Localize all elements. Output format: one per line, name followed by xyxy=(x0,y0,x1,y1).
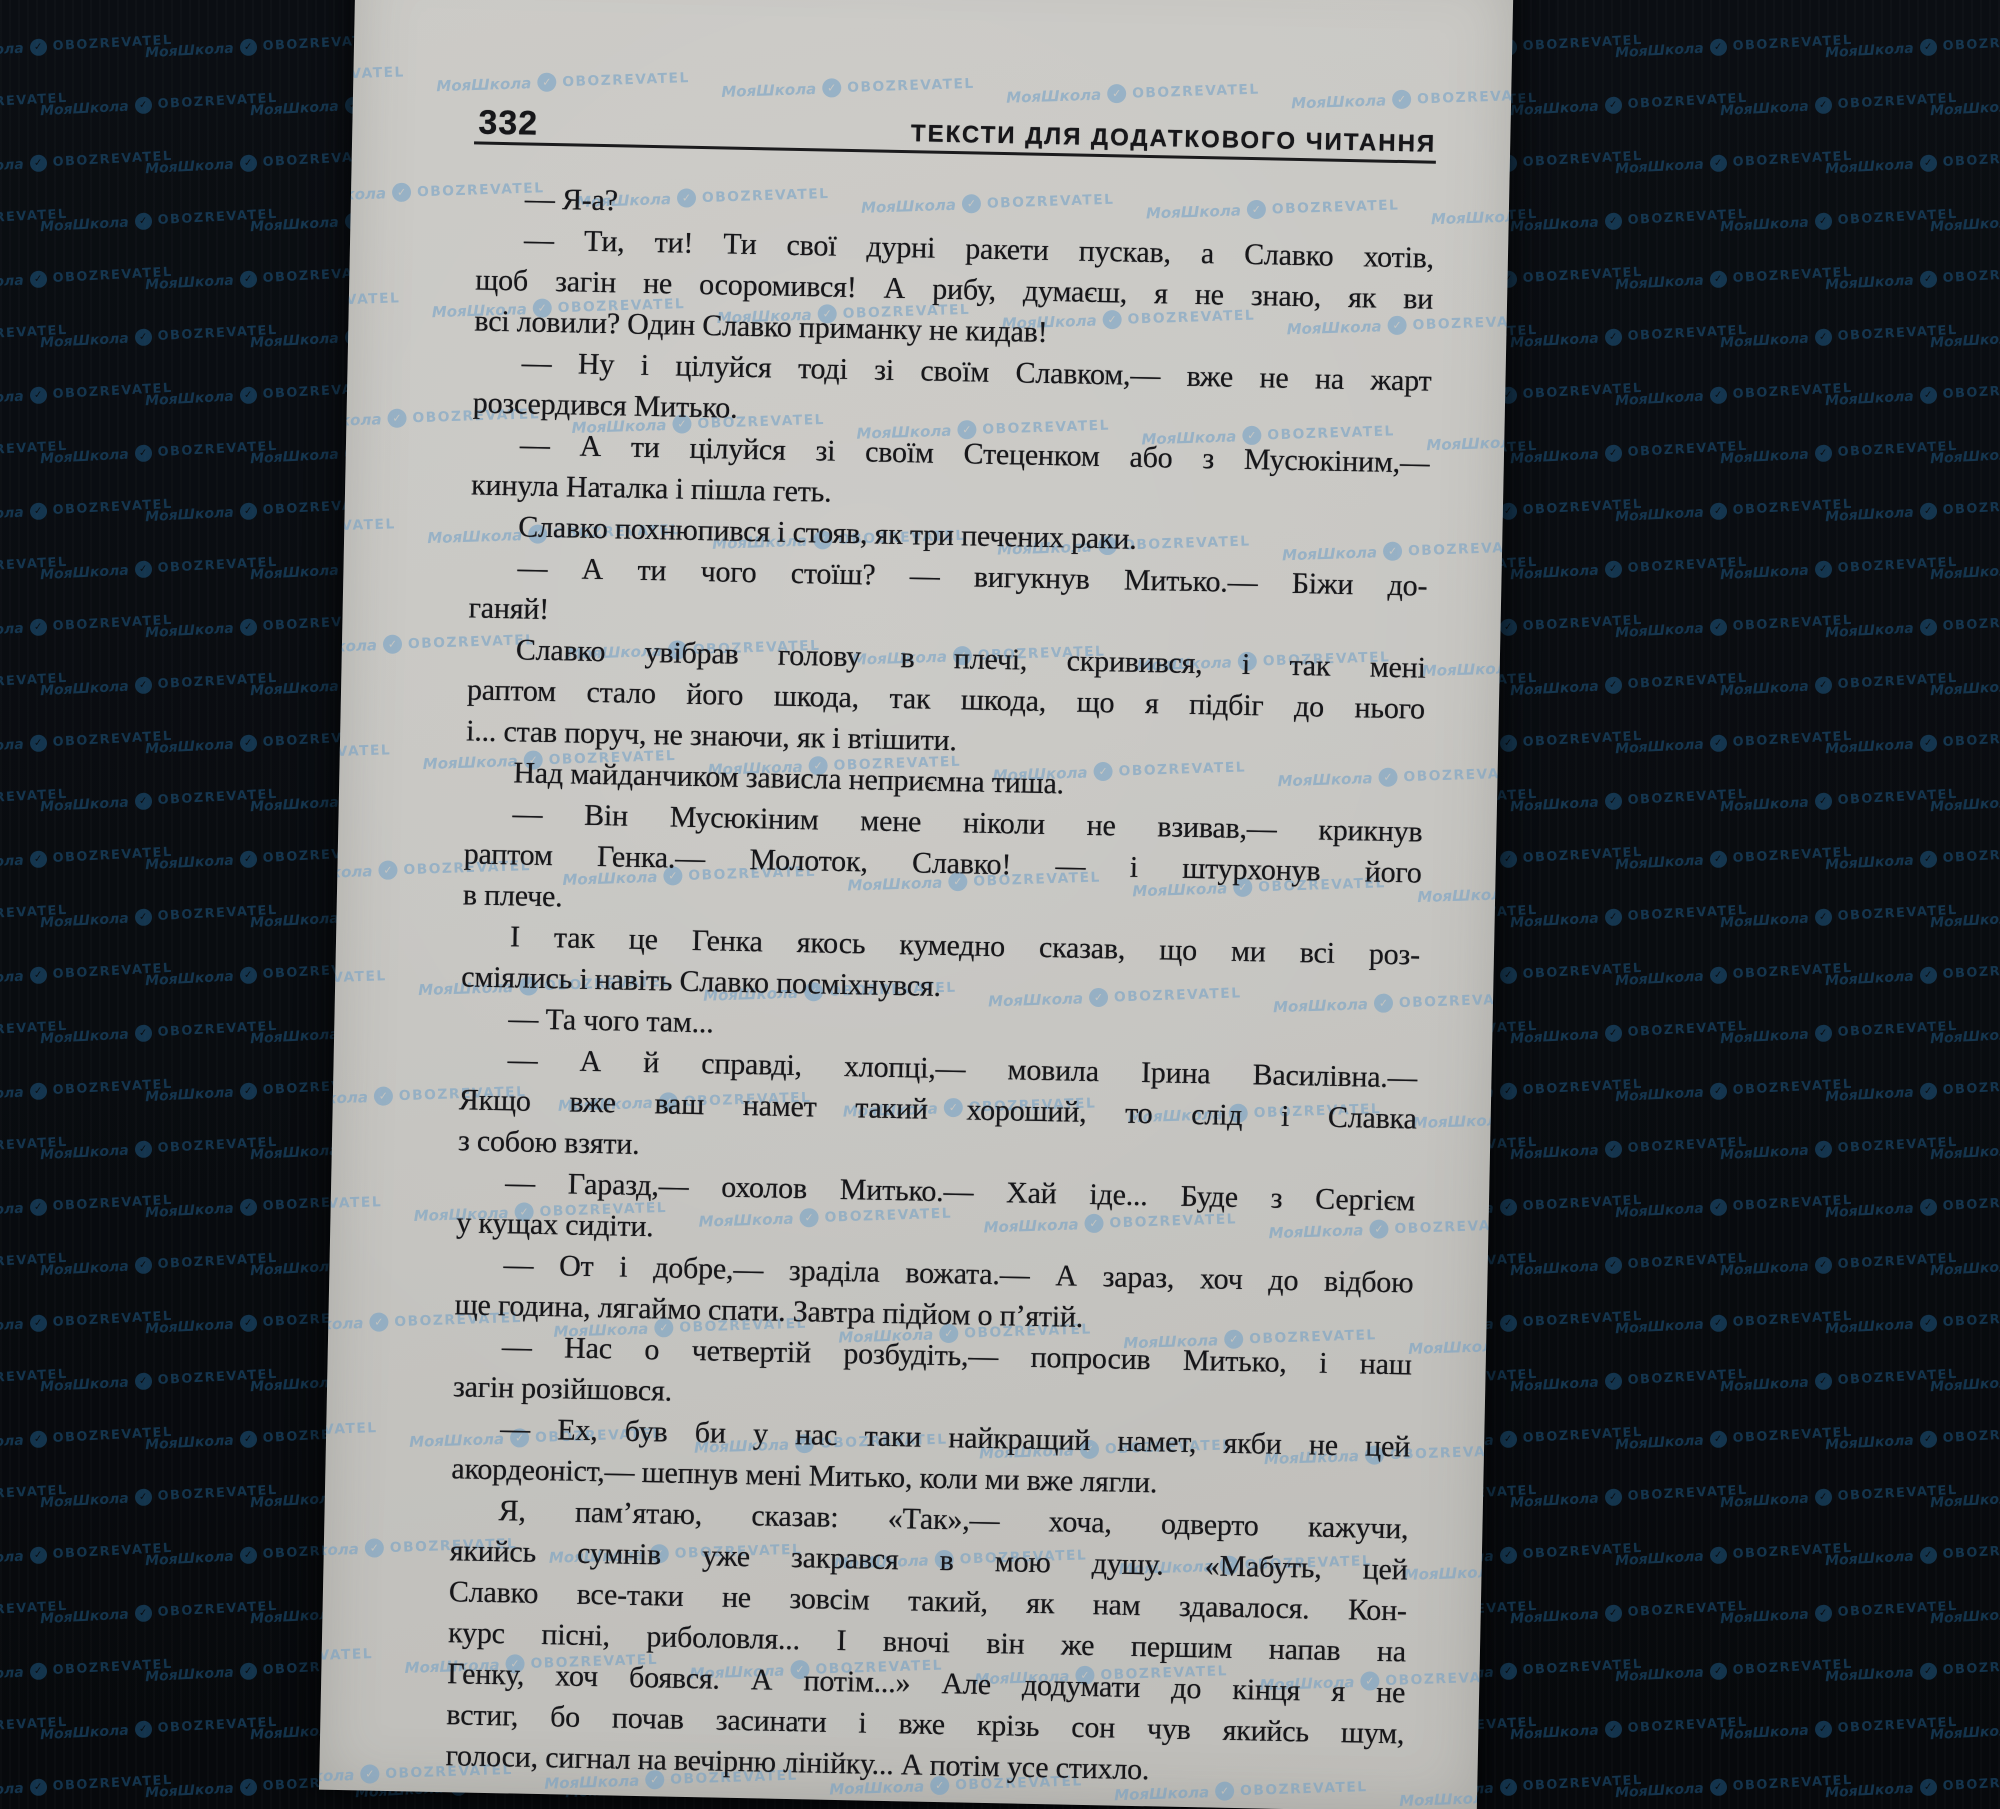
watermark-script-text: МояШкола xyxy=(0,620,24,641)
watermark-brand-text: OBOZREVATEL xyxy=(1627,1367,1748,1388)
obozrevatel-badge-icon: ✓ xyxy=(239,1662,257,1680)
watermark: МояШкола✓OBOZREVATEL xyxy=(1825,148,2000,177)
watermark-brand-text: OBOZREVATEL xyxy=(157,1367,278,1388)
watermark-script-text: МояШкола xyxy=(40,1142,129,1163)
watermark-brand-text: OBOZREVATEL xyxy=(1942,1425,2000,1446)
watermark-script-text: МояШкола xyxy=(1615,736,1704,757)
obozrevatel-badge-icon: ✓ xyxy=(1709,1314,1727,1332)
watermark-brand-text: OBOZREVATEL xyxy=(1837,671,1958,692)
watermark: МояШкола✓OBOZREVATEL xyxy=(40,670,278,699)
obozrevatel-badge-icon: ✓ xyxy=(1499,850,1517,868)
obozrevatel-badge-icon: ✓ xyxy=(134,96,152,114)
watermark-script-text: МояШкола xyxy=(0,272,24,293)
watermark-script-text: МояШкола xyxy=(1825,272,1914,293)
watermark: МояШкола✓OBOZREVATEL xyxy=(1720,1018,1958,1047)
obozrevatel-badge-icon: ✓ xyxy=(29,1662,47,1680)
watermark-brand-text: OBOZREVATEL xyxy=(1837,787,1958,808)
watermark: МояШкола✓OBOZREVATEL xyxy=(1510,90,1748,119)
watermark: МояШкола✓OBOZREVATEL xyxy=(1510,1598,1748,1627)
watermark-brand-text: OBOZREVATEL xyxy=(1732,1425,1853,1446)
watermark: МояШкола✓OBOZREVATEL xyxy=(1510,1366,1748,1395)
watermark: МояШкола✓OBOZREVATEL xyxy=(1825,612,2000,641)
watermark: МояШкола✓OBOZREVATEL xyxy=(40,786,278,815)
obozrevatel-badge-icon: ✓ xyxy=(239,734,257,752)
obozrevatel-badge-icon: ✓ xyxy=(1709,850,1727,868)
watermark-brand-text: OBOZREVATEL xyxy=(1942,1309,2000,1330)
obozrevatel-badge-icon: ✓ xyxy=(1709,1198,1727,1216)
obozrevatel-badge-icon: ✓ xyxy=(29,386,47,404)
watermark: МояШкола✓OBOZREVATEL xyxy=(0,90,68,119)
watermark: МояШкола✓OBOZREVATEL xyxy=(1825,380,2000,409)
watermark-brand-text: OBOZREVATEL xyxy=(1627,1251,1748,1272)
watermark-script-text: МояШкола xyxy=(1930,678,2000,699)
watermark-script-text: МояШкола xyxy=(1510,1026,1599,1047)
watermark: МояШкола✓OBOZREVATEL xyxy=(1930,1250,2000,1279)
watermark-brand-text: OBOZREVATEL xyxy=(1942,33,2000,54)
watermark-brand-text: OBOZREVATEL xyxy=(1942,961,2000,982)
obozrevatel-badge-icon: ✓ xyxy=(1604,1256,1622,1274)
obozrevatel-badge-icon: ✓ xyxy=(1499,1198,1517,1216)
obozrevatel-badge-icon: ✓ xyxy=(1814,1024,1832,1042)
watermark-script-text: МояШкола xyxy=(40,1374,129,1395)
watermark: МояШкола✓OBOZREVATEL xyxy=(40,1366,278,1395)
obozrevatel-badge-icon: ✓ xyxy=(29,850,47,868)
obozrevatel-badge-icon: ✓ xyxy=(29,1314,47,1332)
watermark-script-text: МояШкола xyxy=(145,272,234,293)
watermark-script-text: МояШкола xyxy=(0,1780,24,1801)
watermark: МояШкола✓OBOZREVATEL xyxy=(0,380,173,409)
obozrevatel-badge-icon: ✓ xyxy=(1709,966,1727,984)
watermark-brand-text: OBOZREVATEL xyxy=(1942,845,2000,866)
watermark-brand-text: OBOZREVATEL xyxy=(1627,903,1748,924)
watermark: МояШкола✓OBOZREVATEL xyxy=(1510,1482,1748,1511)
obozrevatel-badge-icon: ✓ xyxy=(1814,1488,1832,1506)
watermark-script-text: МояШкола xyxy=(1615,388,1704,409)
watermark-brand-text: OBOZREVATEL xyxy=(52,1077,173,1098)
watermark-brand-text: OBOZREVATEL xyxy=(157,1715,278,1736)
obozrevatel-badge-icon: ✓ xyxy=(134,444,152,462)
watermark: МояШкола✓OBOZREVATEL xyxy=(1720,438,1958,467)
obozrevatel-badge-icon: ✓ xyxy=(1604,212,1622,230)
watermark-brand-text: OBOZREVATEL xyxy=(1732,845,1853,866)
watermark-brand-text: OBOZREVATEL xyxy=(1522,497,1643,518)
watermark-script-text: МояШкола xyxy=(0,1084,24,1105)
watermark-script-text: МояШкола xyxy=(1930,98,2000,119)
watermark-brand-text: OBOZREVATEL xyxy=(0,1251,68,1272)
watermark-brand-text: OBOZREVATEL xyxy=(0,1135,68,1156)
watermark-brand-text: OBOZREVATEL xyxy=(1522,1309,1643,1330)
watermark: МояШкола✓OBOZREVATEL xyxy=(1615,1308,1853,1337)
obozrevatel-badge-icon: ✓ xyxy=(239,1430,257,1448)
obozrevatel-badge-icon: ✓ xyxy=(1604,792,1622,810)
obozrevatel-badge-icon: ✓ xyxy=(1919,1662,1937,1680)
watermark: МояШкола✓OBOZREVATEL xyxy=(0,902,68,931)
obozrevatel-badge-icon: ✓ xyxy=(1814,1372,1832,1390)
watermark: МояШкола✓OBOZREVATEL xyxy=(1825,1192,2000,1221)
obozrevatel-badge-icon: ✓ xyxy=(1919,154,1937,172)
watermark-brand-text: OBOZREVATEL xyxy=(1732,729,1853,750)
watermark-script-text: МояШкола xyxy=(1615,1316,1704,1337)
watermark-brand-text: OBOZREVATEL xyxy=(0,671,68,692)
obozrevatel-badge-icon: ✓ xyxy=(1919,38,1937,56)
watermark: МояШкола✓OBOZREVATEL xyxy=(1615,32,1853,61)
watermark-brand-text: OBOZREVATEL xyxy=(1942,1541,2000,1562)
watermark: МояШкола✓OBOZREVATEL xyxy=(0,1482,68,1511)
watermark-script-text: МояШкола xyxy=(1720,0,1809,3)
watermark: МояШкола✓OBOZREVATEL xyxy=(1825,1424,2000,1453)
watermark: МояШкола✓OBOZREVATEL xyxy=(0,264,173,293)
watermark-brand-text: OBOZREVATEL xyxy=(1732,149,1853,170)
watermark: МояШкола✓OBOZREVATEL xyxy=(1825,1540,2000,1569)
watermark-brand-text: OBOZREVATEL xyxy=(1732,961,1853,982)
watermark: МояШкола✓OBOZREVATEL xyxy=(1930,322,2000,351)
watermark-brand-text: OBOZREVATEL xyxy=(1732,497,1853,518)
obozrevatel-badge-icon: ✓ xyxy=(29,618,47,636)
obozrevatel-badge-icon: ✓ xyxy=(134,560,152,578)
watermark-brand-text: OBOZREVATEL xyxy=(0,323,68,344)
watermark-brand-text: OBOZREVATEL xyxy=(0,207,68,228)
obozrevatel-badge-icon: ✓ xyxy=(1709,154,1727,172)
watermark: МояШкола✓OBOZREVATEL xyxy=(0,1540,173,1569)
obozrevatel-badge-icon: ✓ xyxy=(29,38,47,56)
watermark-script-text: МояШкола xyxy=(0,504,24,525)
watermark-script-text: МояШкола xyxy=(40,1026,129,1047)
watermark: МояШкола✓OBOZREVATEL xyxy=(1930,1018,2000,1047)
watermark: МояШкола✓OBOZREVATEL xyxy=(1930,0,2000,3)
watermark-brand-text: OBOZREVATEL xyxy=(1732,265,1853,286)
watermark-brand-text: OBOZREVATEL xyxy=(1732,613,1853,634)
watermark-script-text: МояШкола xyxy=(0,1432,24,1453)
watermark: МояШкола✓OBOZREVATEL xyxy=(40,438,278,467)
watermark-brand-text: OBOZREVATEL xyxy=(157,439,278,460)
watermark-script-text: МояШкола xyxy=(1930,330,2000,351)
watermark-brand-text: OBOZREVATEL xyxy=(0,1715,68,1736)
watermark: МояШкола✓OBOZREVATEL xyxy=(0,496,173,525)
watermark-script-text: МояШкола xyxy=(1825,1316,1914,1337)
watermark-brand-text: OBOZREVATEL xyxy=(157,1483,278,1504)
obozrevatel-badge-icon: ✓ xyxy=(1604,560,1622,578)
watermark: МояШкола✓OBOZREVATEL xyxy=(0,1250,68,1279)
watermark-script-text: МояШкола xyxy=(0,388,24,409)
watermark-script-text: МояШкола xyxy=(250,910,339,931)
watermark: МояШкола✓OBOZREVATEL xyxy=(1615,1656,1853,1685)
watermark: МояШкола✓OBOZREVATEL xyxy=(1510,438,1748,467)
obozrevatel-badge-icon: ✓ xyxy=(29,1778,47,1796)
watermark-script-text: МояШкола xyxy=(1720,562,1809,583)
obozrevatel-badge-icon: ✓ xyxy=(239,1198,257,1216)
watermark-brand-text: OBOZREVATEL xyxy=(52,149,173,170)
watermark: МояШкола✓OBOZREVATEL xyxy=(1510,322,1748,351)
watermark: МояШкола✓OBOZREVATEL xyxy=(40,1598,278,1627)
obozrevatel-badge-icon: ✓ xyxy=(1499,1662,1517,1680)
watermark-script-text: МояШкола xyxy=(1510,1722,1599,1743)
watermark: МояШкола✓OBOZREVATEL xyxy=(0,1656,173,1685)
watermark-brand-text: OBOZREVATEL xyxy=(1837,555,1958,576)
watermark-script-text: МояШкола xyxy=(250,446,339,467)
watermark-script-text: МояШкола xyxy=(0,1664,24,1685)
watermark: МояШкола✓OBOZREVATEL xyxy=(0,1598,68,1627)
watermark: МояШкола✓OBOZREVATEL xyxy=(40,206,278,235)
watermark-brand-text: OBOZREVATEL xyxy=(157,207,278,228)
obozrevatel-badge-icon: ✓ xyxy=(239,618,257,636)
watermark-script-text: МояШкола xyxy=(1720,794,1809,815)
obozrevatel-badge-icon: ✓ xyxy=(1814,560,1832,578)
watermark-script-text: МояШкола xyxy=(1825,1780,1914,1801)
watermark: МояШкола✓OBOZREVATEL xyxy=(40,322,278,351)
watermark-script-text: МояШкола xyxy=(1825,1432,1914,1453)
watermark: МояШкола✓OBOZREVATEL xyxy=(1825,844,2000,873)
watermark-brand-text: OBOZREVATEL xyxy=(1522,845,1643,866)
watermark-brand-text: OBOZREVATEL xyxy=(157,903,278,924)
obozrevatel-badge-icon: ✓ xyxy=(1814,96,1832,114)
watermark: МояШкола✓OBOZREVATEL xyxy=(1930,902,2000,931)
watermark: МояШкола✓OBOZREVATEL xyxy=(40,1250,278,1279)
obozrevatel-badge-icon: ✓ xyxy=(134,1256,152,1274)
obozrevatel-badge-icon: ✓ xyxy=(1919,502,1937,520)
watermark-script-text: МояШкола xyxy=(145,156,234,177)
watermark-script-text: МояШкола xyxy=(145,40,234,61)
watermark: МояШкола✓OBOZREVATEL xyxy=(0,960,173,989)
watermark-brand-text: OBOZREVATEL xyxy=(52,961,173,982)
watermark: МояШкола✓OBOZREVATEL xyxy=(1615,1540,1853,1569)
watermark-script-text: МояШкола xyxy=(40,1258,129,1279)
watermark-script-text: МояШкола xyxy=(145,1548,234,1569)
watermark-script-text: МояШкола xyxy=(145,968,234,989)
watermark: МояШкола✓OBOZREVATEL xyxy=(1615,728,1853,757)
watermark-brand-text: OBOZREVATEL xyxy=(1837,1715,1958,1736)
watermark-brand-text: OBOZREVATEL xyxy=(1942,1657,2000,1678)
watermark-script-text: МояШкола xyxy=(145,1316,234,1337)
obozrevatel-badge-icon: ✓ xyxy=(1604,444,1622,462)
obozrevatel-badge-icon: ✓ xyxy=(134,1140,152,1158)
obozrevatel-badge-icon: ✓ xyxy=(1919,966,1937,984)
watermark-script-text: МояШкола xyxy=(1720,678,1809,699)
watermark-script-text: МояШкола xyxy=(250,1026,339,1047)
page-header: 332 ТЕКСТИ ДЛЯ ДОДАТКОВОГО ЧИТАННЯ xyxy=(478,86,1437,159)
watermark-script-text: МояШкола xyxy=(1930,910,2000,931)
watermark: МояШкола✓OBOZREVATEL xyxy=(1720,1714,1958,1743)
watermark-script-text: МояШкола xyxy=(1720,98,1809,119)
watermark-script-text: МояШкола xyxy=(1720,1142,1809,1163)
watermark-script-text: МояШкола xyxy=(1825,736,1914,757)
watermark-brand-text: OBOZREVATEL xyxy=(1837,1019,1958,1040)
obozrevatel-badge-icon: ✓ xyxy=(1919,1546,1937,1564)
watermark-brand-text: OBOZREVATEL xyxy=(1627,1715,1748,1736)
obozrevatel-badge-icon: ✓ xyxy=(1604,1604,1622,1622)
watermark: МояШкола✓OBOZREVATEL xyxy=(40,1134,278,1163)
watermark: МояШкола✓OBOZREVATEL xyxy=(1615,1424,1853,1453)
watermark-script-text: МояШкола xyxy=(1825,1084,1914,1105)
watermark: МояШкола✓OBOZREVATEL xyxy=(1615,844,1853,873)
watermark-script-text: МояШкола xyxy=(250,562,339,583)
watermark: МояШкола✓OBOZREVATEL xyxy=(1825,728,2000,757)
watermark-script-text: МояШкола xyxy=(0,1548,24,1569)
watermark: МояШкола✓OBOZREVATEL xyxy=(1720,1366,1958,1395)
obozrevatel-badge-icon: ✓ xyxy=(239,850,257,868)
watermark-brand-text: OBOZREVATEL xyxy=(1837,1483,1958,1504)
watermark-brand-text: OBOZREVATEL xyxy=(1732,1541,1853,1562)
watermark-brand-text: OBOZREVATEL xyxy=(1732,1193,1853,1214)
watermark-script-text: МояШкола xyxy=(1930,1142,2000,1163)
obozrevatel-badge-icon: ✓ xyxy=(29,502,47,520)
watermark-brand-text: OBOZREVATEL xyxy=(1627,207,1748,228)
obozrevatel-badge-icon: ✓ xyxy=(1709,386,1727,404)
watermark: МояШкола✓OBOZREVATEL xyxy=(0,322,68,351)
watermark: МояШкола✓OBOZREVATEL xyxy=(0,844,173,873)
watermark-script-text: МояШкола xyxy=(1825,1664,1914,1685)
watermark: МояШкола✓OBOZREVATEL xyxy=(40,1018,278,1047)
watermark-script-text: МояШкола xyxy=(145,388,234,409)
watermark-brand-text: OBOZREVATEL xyxy=(1732,1773,1853,1794)
obozrevatel-badge-icon: ✓ xyxy=(29,1082,47,1100)
watermark: МояШкола✓OBOZREVATEL xyxy=(1510,554,1748,583)
watermark: МояШкола✓OBOZREVATEL xyxy=(1825,1076,2000,1105)
watermark-brand-text: OBOZREVATEL xyxy=(1627,787,1748,808)
watermark-brand-text: OBOZREVATEL xyxy=(1942,613,2000,634)
obozrevatel-badge-icon: ✓ xyxy=(1604,1024,1622,1042)
watermark: МояШкола✓OBOZREVATEL xyxy=(1930,554,2000,583)
watermark-script-text: МояШкола xyxy=(145,736,234,757)
watermark-brand-text: OBOZREVATEL xyxy=(0,1483,68,1504)
watermark-brand-text: OBOZREVATEL xyxy=(1522,1541,1643,1562)
obozrevatel-badge-icon: ✓ xyxy=(1919,850,1937,868)
watermark-script-text: МояШкола xyxy=(145,1664,234,1685)
watermark-script-text: МояШкола xyxy=(1615,1084,1704,1105)
watermark-script-text: МояШкола xyxy=(1825,388,1914,409)
watermark-script-text: МояШкола xyxy=(145,1084,234,1105)
watermark-brand-text: OBOZREVATEL xyxy=(1522,1193,1643,1214)
obozrevatel-badge-icon: ✓ xyxy=(1499,1546,1517,1564)
watermark-brand-text: OBOZREVATEL xyxy=(1522,729,1643,750)
obozrevatel-badge-icon: ✓ xyxy=(1814,444,1832,462)
obozrevatel-badge-icon: ✓ xyxy=(1814,328,1832,346)
watermark-brand-text: OBOZREVATEL xyxy=(52,729,173,750)
watermark-script-text: МояШкола xyxy=(250,0,339,3)
obozrevatel-badge-icon: ✓ xyxy=(1604,676,1622,694)
watermark-brand-text: OBOZREVATEL xyxy=(1837,91,1958,112)
obozrevatel-badge-icon: ✓ xyxy=(29,1546,47,1564)
obozrevatel-badge-icon: ✓ xyxy=(1499,1082,1517,1100)
watermark-script-text: МояШкола xyxy=(145,504,234,525)
watermark-brand-text: OBOZREVATEL xyxy=(1627,555,1748,576)
obozrevatel-badge-icon: ✓ xyxy=(1499,1778,1517,1796)
obozrevatel-badge-icon: ✓ xyxy=(1709,618,1727,636)
watermark-script-text: МояШкола xyxy=(145,852,234,873)
watermark-script-text: МояШкола xyxy=(145,1200,234,1221)
obozrevatel-badge-icon: ✓ xyxy=(1604,96,1622,114)
watermark: МояШкола✓OBOZREVATEL xyxy=(1930,1134,2000,1163)
watermark-script-text: МояШкола xyxy=(1825,504,1914,525)
page-number: 332 xyxy=(478,105,538,140)
watermark: МояШкола✓OBOZREVATEL xyxy=(0,0,68,3)
watermark: МояШкола✓OBOZREVATEL xyxy=(1510,1018,1748,1047)
watermark: МояШкола✓OBOZREVATEL xyxy=(1615,1076,1853,1105)
watermark-script-text: МояШкола xyxy=(1720,330,1809,351)
watermark: МояШкола✓OBOZREVATEL xyxy=(1510,786,1748,815)
watermark-script-text: МояШкола xyxy=(40,330,129,351)
watermark-brand-text: OBOZREVATEL xyxy=(1522,1425,1643,1446)
watermark-script-text: МояШкола xyxy=(250,794,339,815)
watermark-script-text: МояШкола xyxy=(1615,1200,1704,1221)
watermark-brand-text: OBOZREVATEL xyxy=(157,1251,278,1272)
watermark: МояШкола✓OBOZREVATEL xyxy=(1615,612,1853,641)
watermark-brand-text: OBOZREVATEL xyxy=(52,265,173,286)
watermark: МояШкола✓OBOZREVATEL xyxy=(1930,90,2000,119)
watermark-script-text: МояШкола xyxy=(0,736,24,757)
obozrevatel-badge-icon: ✓ xyxy=(239,38,257,56)
watermark-script-text: МояШкола xyxy=(1930,562,2000,583)
watermark: МояШкола✓OBOZREVATEL xyxy=(0,612,173,641)
watermark: МояШкола✓OBOZREVATEL xyxy=(0,438,68,467)
watermark-brand-text: OBOZREVATEL xyxy=(1522,961,1643,982)
watermark-brand-text: OBOZREVATEL xyxy=(1522,149,1643,170)
watermark: МояШкола✓OBOZREVATEL xyxy=(1825,264,2000,293)
watermark-script-text: МояШкола xyxy=(40,98,129,119)
watermark: МояШкола✓OBOZREVATEL xyxy=(1510,206,1748,235)
watermark-script-text: МояШкола xyxy=(1510,678,1599,699)
watermark-script-text: МояШкола xyxy=(1510,1490,1599,1511)
watermark: МояШкола✓OBOZREVATEL xyxy=(0,1772,173,1801)
watermark-brand-text: OBOZREVATEL xyxy=(1837,323,1958,344)
watermark-script-text: МояШкола xyxy=(40,562,129,583)
watermark: МояШкола✓OBOZREVATEL xyxy=(1615,960,1853,989)
watermark-script-text: МояШкола xyxy=(1510,1258,1599,1279)
watermark-script-text: МояШкола xyxy=(1825,1548,1914,1569)
watermark-brand-text: OBOZREVATEL xyxy=(1732,1309,1853,1330)
watermark-script-text: МояШкола xyxy=(1720,1026,1809,1047)
obozrevatel-badge-icon: ✓ xyxy=(134,1372,152,1390)
obozrevatel-badge-icon: ✓ xyxy=(134,1720,152,1738)
watermark-brand-text: OBOZREVATEL xyxy=(157,787,278,808)
watermark: МояШкола✓OBOZREVATEL xyxy=(40,0,278,3)
watermark-script-text: МояШкола xyxy=(1930,1026,2000,1047)
watermark-brand-text: OBOZREVATEL xyxy=(1522,381,1643,402)
watermark-script-text: МояШкола xyxy=(1615,40,1704,61)
obozrevatel-badge-icon: ✓ xyxy=(1709,1546,1727,1564)
watermark: МояШкола✓OBOZREVATEL xyxy=(1825,1772,2000,1801)
watermark-brand-text: OBOZREVATEL xyxy=(52,381,173,402)
obozrevatel-badge-icon: ✓ xyxy=(29,966,47,984)
watermark-script-text: МояШкола xyxy=(145,1780,234,1801)
watermark-script-text: МояШкола xyxy=(1720,1606,1809,1627)
obozrevatel-badge-icon: ✓ xyxy=(1814,1256,1832,1274)
watermark: МояШкола✓OBOZREVATEL xyxy=(1720,206,1958,235)
watermark-brand-text: OBOZREVATEL xyxy=(52,613,173,634)
watermark-brand-text: OBOZREVATEL xyxy=(157,1135,278,1156)
watermark: МояШкола✓OBOZREVATEL xyxy=(0,206,68,235)
body-text: — Я-а?— Ти, ти! Ти свої дурні ракети пус… xyxy=(445,177,1435,1795)
obozrevatel-badge-icon: ✓ xyxy=(1919,270,1937,288)
watermark-script-text: МояШкола xyxy=(1825,968,1914,989)
watermark-brand-text: OBOZREVATEL xyxy=(1837,1135,1958,1156)
watermark-brand-text: OBOZREVATEL xyxy=(1732,1077,1853,1098)
obozrevatel-badge-icon: ✓ xyxy=(1709,1082,1727,1100)
watermark-brand-text: OBOZREVATEL xyxy=(157,555,278,576)
watermark-script-text: МояШкола xyxy=(1615,272,1704,293)
watermark: МояШкола✓OBOZREVATEL xyxy=(40,1714,278,1743)
watermark: МояШкола✓OBOZREVATEL xyxy=(0,1308,173,1337)
obozrevatel-badge-icon: ✓ xyxy=(1919,1778,1937,1796)
obozrevatel-badge-icon: ✓ xyxy=(1499,1430,1517,1448)
watermark-brand-text: OBOZREVATEL xyxy=(1942,381,2000,402)
watermark-script-text: МояШкола xyxy=(1930,0,2000,3)
watermark: МояШкола✓OBOZREVATEL xyxy=(1930,438,2000,467)
watermark-brand-text: OBOZREVATEL xyxy=(52,497,173,518)
obozrevatel-badge-icon: ✓ xyxy=(1814,676,1832,694)
watermark: МояШкола✓OBOZREVATEL xyxy=(1720,1250,1958,1279)
watermark-brand-text: OBOZREVATEL xyxy=(1627,1019,1748,1040)
watermark-script-text: МояШкола xyxy=(1510,910,1599,931)
